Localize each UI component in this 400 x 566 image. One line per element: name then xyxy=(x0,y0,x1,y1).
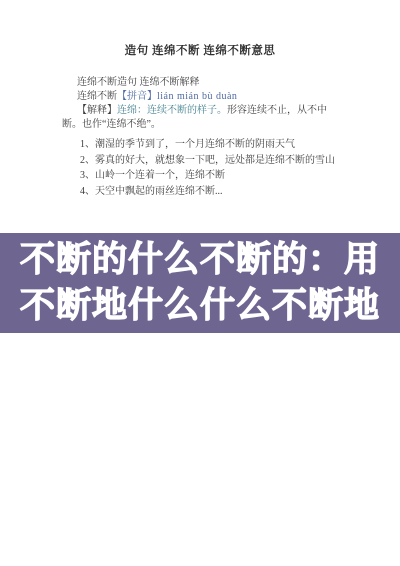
pinyin-word: 连绵不断 xyxy=(77,91,117,102)
banner-line-2: 不断地什么什么不断地 xyxy=(20,283,380,329)
pinyin-text: lián mián bù duàn xyxy=(157,91,237,102)
pinyin-line: 连绵不断【拼音】lián mián bù duàn xyxy=(62,90,346,104)
banner-line-1: 不断的什么不断的：用 xyxy=(20,237,380,283)
page: 造句 连绵不断 连绵不断意思 连绵不断造句 连绵不断解释 连绵不断【拼音】liá… xyxy=(0,0,400,566)
list-item: 3、山岭一个连着一个，连绵不断 xyxy=(62,168,346,184)
subtitle-line: 连绵不断造句 连绵不断解释 xyxy=(62,76,346,90)
explain-highlight: 连绵：连续不断的样子。 xyxy=(117,105,227,116)
explanation-paragraph: 【解释】连绵：连续不断的样子。形容连续不止，从不中断。也作“连绵不绝”。 xyxy=(62,104,346,132)
list-item: 1、潮湿的季节到了，一个月连绵不断的阴雨天气 xyxy=(62,137,346,153)
explain-label: 【解释】 xyxy=(77,105,117,116)
page-title: 造句 连绵不断 连绵不断意思 xyxy=(0,42,400,58)
document-area: 造句 连绵不断 连绵不断意思 连绵不断造句 连绵不断解释 连绵不断【拼音】liá… xyxy=(0,0,400,233)
pinyin-label: 【拼音】 xyxy=(117,91,157,102)
bottom-whitespace xyxy=(0,333,400,566)
list-item: 2、雾真的好大，就想象一下吧，远处都是连绵不断的雪山 xyxy=(62,153,346,169)
title-banner[interactable]: 不断的什么不断的：用 不断地什么什么不断地 xyxy=(0,233,400,333)
document-body: 连绵不断造句 连绵不断解释 连绵不断【拼音】lián mián bù duàn … xyxy=(62,76,346,199)
list-item: 4、天空中飘起的雨丝连绵不断... xyxy=(62,184,346,200)
example-list: 1、潮湿的季节到了，一个月连绵不断的阴雨天气 2、雾真的好大，就想象一下吧，远处… xyxy=(62,137,346,199)
